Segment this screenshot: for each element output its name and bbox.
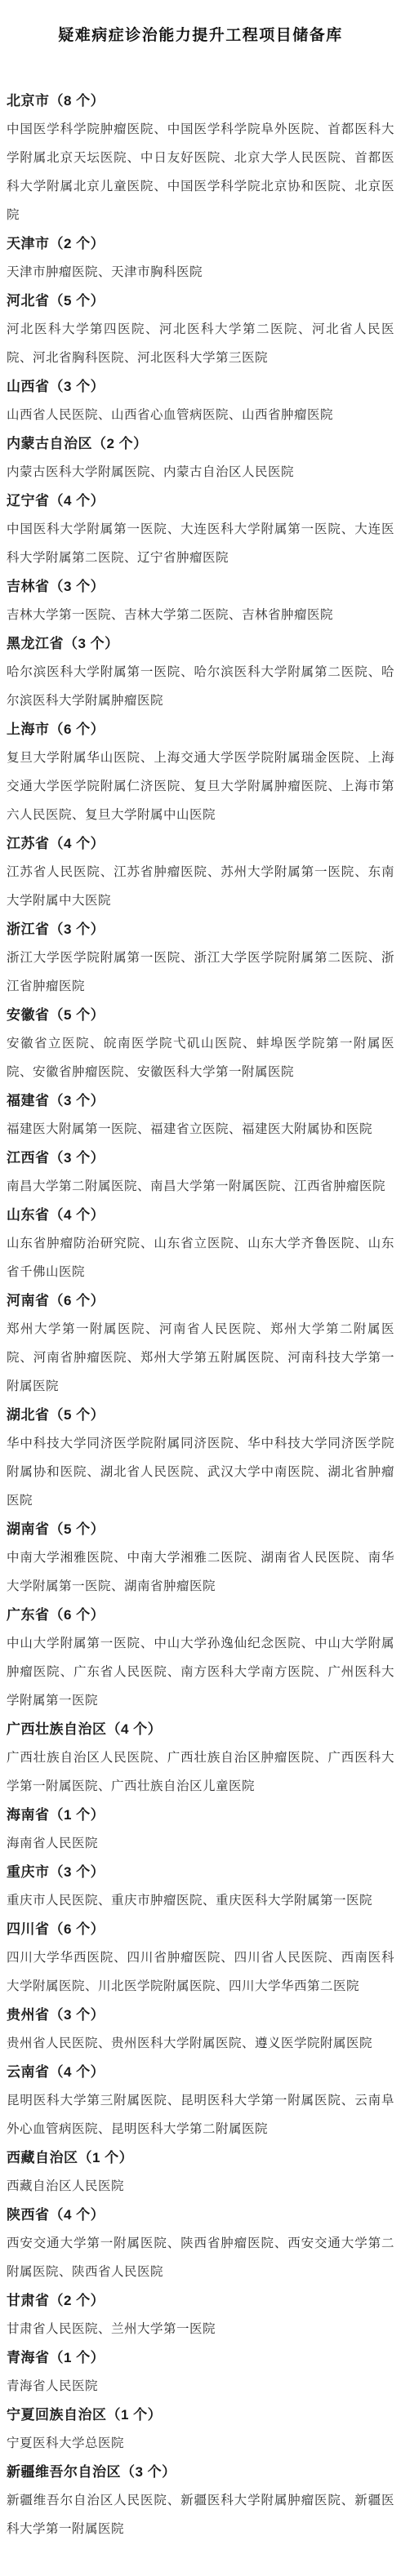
hospital-list: 华中科技大学同济医学院附属同济医院、华中科技大学同济医学院附属协和医院、湖北省人…: [7, 1429, 394, 1515]
hospital-list: 浙江大学医学院附属第一医院、浙江大学医学院附属第二医院、浙江省肿瘤医院: [7, 944, 394, 1001]
province-section: 宁夏回族自治区（1 个）宁夏医科大学总医院: [7, 2401, 394, 2458]
province-heading: 浙江省（3 个）: [7, 915, 394, 944]
hospital-list: 重庆市人民医院、重庆市肿瘤医院、重庆医科大学附属第一医院: [7, 1886, 394, 1915]
province-heading: 辽宁省（4 个）: [7, 486, 394, 515]
province-heading: 贵州省（3 个）: [7, 2001, 394, 2029]
hospital-list: 甘肃省人民医院、兰州大学第一医院: [7, 2315, 394, 2343]
province-section: 云南省（4 个）昆明医科大学第三附属医院、昆明医科大学第一附属医院、云南阜外心血…: [7, 2058, 394, 2143]
province-heading: 福建省（3 个）: [7, 1086, 394, 1115]
province-section: 江苏省（4 个）江苏省人民医院、江苏省肿瘤医院、苏州大学附属第一医院、东南大学附…: [7, 829, 394, 915]
province-heading: 广东省（6 个）: [7, 1601, 394, 1629]
province-section: 天津市（2 个）天津市肿瘤医院、天津市胸科医院: [7, 229, 394, 286]
hospital-list: 山东省肿瘤防治研究院、山东省立医院、山东大学齐鲁医院、山东省千佛山医院: [7, 1229, 394, 1286]
province-heading: 江西省（3 个）: [7, 1144, 394, 1172]
province-section: 黑龙江省（3 个）哈尔滨医科大学附属第一医院、哈尔滨医科大学附属第二医院、哈尔滨…: [7, 629, 394, 715]
province-heading: 北京市（8 个）: [7, 87, 394, 115]
hospital-list: 海南省人民医院: [7, 1829, 394, 1858]
document-page: 疑难病症诊治能力提升工程项目储备库 北京市（8 个）中国医学科学院肿瘤医院、中国…: [0, 0, 401, 2576]
hospital-list: 新疆维吾尔自治区人民医院、新疆医科大学附属肿瘤医院、新疆医科大学第一附属医院: [7, 2486, 394, 2543]
province-heading: 河南省（6 个）: [7, 1286, 394, 1315]
hospital-list: 安徽省立医院、皖南医学院弋矶山医院、蚌埠医学院第一附属医院、安徽省肿瘤医院、安徽…: [7, 1029, 394, 1086]
province-section: 西藏自治区（1 个）西藏自治区人民医院: [7, 2143, 394, 2201]
province-section: 新疆维吾尔自治区（3 个）新疆维吾尔自治区人民医院、新疆医科大学附属肿瘤医院、新…: [7, 2458, 394, 2543]
province-heading: 新疆维吾尔自治区（3 个）: [7, 2458, 394, 2486]
province-section: 浙江省（3 个）浙江大学医学院附属第一医院、浙江大学医学院附属第二医院、浙江省肿…: [7, 915, 394, 1001]
province-section: 山西省（3 个）山西省人民医院、山西省心血管病医院、山西省肿瘤医院: [7, 372, 394, 429]
hospital-list: 广西壮族自治区人民医院、广西壮族自治区肿瘤医院、广西医科大学第一附属医院、广西壮…: [7, 1743, 394, 1801]
province-section: 湖南省（5 个）中南大学湘雅医院、中南大学湘雅二医院、湖南省人民医院、南华大学附…: [7, 1515, 394, 1601]
province-heading: 重庆市（3 个）: [7, 1858, 394, 1886]
province-section: 河北省（5 个）河北医科大学第四医院、河北医科大学第二医院、河北省人民医院、河北…: [7, 286, 394, 372]
hospital-list: 中南大学湘雅医院、中南大学湘雅二医院、湖南省人民医院、南华大学附属第一医院、湖南…: [7, 1543, 394, 1601]
province-section: 海南省（1 个）海南省人民医院: [7, 1801, 394, 1858]
province-section: 青海省（1 个）青海省人民医院: [7, 2343, 394, 2401]
province-heading: 山西省（3 个）: [7, 372, 394, 401]
province-heading: 云南省（4 个）: [7, 2058, 394, 2086]
province-section: 河南省（6 个）郑州大学第一附属医院、河南省人民医院、郑州大学第二附属医院、河南…: [7, 1286, 394, 1401]
hospital-list: 天津市肿瘤医院、天津市胸科医院: [7, 258, 394, 286]
province-heading: 吉林省（3 个）: [7, 572, 394, 601]
province-heading: 天津市（2 个）: [7, 229, 394, 258]
province-section: 湖北省（5 个）华中科技大学同济医学院附属同济医院、华中科技大学同济医学院附属协…: [7, 1401, 394, 1515]
province-heading: 湖北省（5 个）: [7, 1401, 394, 1429]
hospital-list: 中国医科大学附属第一医院、大连医科大学附属第一医院、大连医科大学附属第二医院、辽…: [7, 515, 394, 572]
hospital-list: 中山大学附属第一医院、中山大学孙逸仙纪念医院、中山大学附属肿瘤医院、广东省人民医…: [7, 1629, 394, 1715]
province-heading: 青海省（1 个）: [7, 2343, 394, 2372]
province-heading: 河北省（5 个）: [7, 286, 394, 315]
province-section: 贵州省（3 个）贵州省人民医院、贵州医科大学附属医院、遵义医学院附属医院: [7, 2001, 394, 2058]
hospital-list: 贵州省人民医院、贵州医科大学附属医院、遵义医学院附属医院: [7, 2029, 394, 2058]
province-heading: 四川省（6 个）: [7, 1915, 394, 1943]
province-heading: 广西壮族自治区（4 个）: [7, 1715, 394, 1743]
province-heading: 上海市（6 个）: [7, 715, 394, 744]
province-heading: 安徽省（5 个）: [7, 1001, 394, 1029]
hospital-list: 南昌大学第二附属医院、南昌大学第一附属医院、江西省肿瘤医院: [7, 1172, 394, 1201]
province-section: 上海市（6 个）复旦大学附属华山医院、上海交通大学医学院附属瑞金医院、上海交通大…: [7, 715, 394, 829]
province-section: 吉林省（3 个）吉林大学第一医院、吉林大学第二医院、吉林省肿瘤医院: [7, 572, 394, 629]
hospital-list: 西安交通大学第一附属医院、陕西省肿瘤医院、西安交通大学第二附属医院、陕西省人民医…: [7, 2229, 394, 2286]
hospital-list: 河北医科大学第四医院、河北医科大学第二医院、河北省人民医院、河北省胸科医院、河北…: [7, 315, 394, 372]
province-section: 山东省（4 个）山东省肿瘤防治研究院、山东省立医院、山东大学齐鲁医院、山东省千佛…: [7, 1201, 394, 1286]
hospital-list: 四川大学华西医院、四川省肿瘤医院、四川省人民医院、西南医科大学附属医院、川北医学…: [7, 1943, 394, 2001]
hospital-list: 吉林大学第一医院、吉林大学第二医院、吉林省肿瘤医院: [7, 601, 394, 629]
province-section: 广东省（6 个）中山大学附属第一医院、中山大学孙逸仙纪念医院、中山大学附属肿瘤医…: [7, 1601, 394, 1715]
page-title: 疑难病症诊治能力提升工程项目储备库: [7, 26, 394, 46]
province-heading: 西藏自治区（1 个）: [7, 2143, 394, 2172]
province-section: 陕西省（4 个）西安交通大学第一附属医院、陕西省肿瘤医院、西安交通大学第二附属医…: [7, 2201, 394, 2286]
province-heading: 内蒙古自治区（2 个）: [7, 429, 394, 458]
hospital-list: 福建医大附属第一医院、福建省立医院、福建医大附属协和医院: [7, 1115, 394, 1144]
province-heading: 甘肃省（2 个）: [7, 2286, 394, 2315]
hospital-list: 复旦大学附属华山医院、上海交通大学医学院附属瑞金医院、上海交通大学医学院附属仁济…: [7, 744, 394, 829]
province-section: 安徽省（5 个）安徽省立医院、皖南医学院弋矶山医院、蚌埠医学院第一附属医院、安徽…: [7, 1001, 394, 1086]
province-section: 福建省（3 个）福建医大附属第一医院、福建省立医院、福建医大附属协和医院: [7, 1086, 394, 1144]
province-heading: 山东省（4 个）: [7, 1201, 394, 1229]
hospital-list: 宁夏医科大学总医院: [7, 2429, 394, 2458]
province-heading: 江苏省（4 个）: [7, 829, 394, 858]
hospital-list: 内蒙古医科大学附属医院、内蒙古自治区人民医院: [7, 458, 394, 486]
hospital-list: 青海省人民医院: [7, 2372, 394, 2401]
province-heading: 宁夏回族自治区（1 个）: [7, 2401, 394, 2429]
province-sections: 北京市（8 个）中国医学科学院肿瘤医院、中国医学科学院阜外医院、首都医科大学附属…: [7, 87, 394, 2543]
province-section: 甘肃省（2 个）甘肃省人民医院、兰州大学第一医院: [7, 2286, 394, 2343]
province-section: 北京市（8 个）中国医学科学院肿瘤医院、中国医学科学院阜外医院、首都医科大学附属…: [7, 87, 394, 229]
province-section: 四川省（6 个）四川大学华西医院、四川省肿瘤医院、四川省人民医院、西南医科大学附…: [7, 1915, 394, 2001]
hospital-list: 江苏省人民医院、江苏省肿瘤医院、苏州大学附属第一医院、东南大学附属中大医院: [7, 858, 394, 915]
hospital-list: 郑州大学第一附属医院、河南省人民医院、郑州大学第二附属医院、河南省肿瘤医院、郑州…: [7, 1315, 394, 1401]
province-heading: 陕西省（4 个）: [7, 2201, 394, 2229]
province-heading: 湖南省（5 个）: [7, 1515, 394, 1543]
hospital-list: 哈尔滨医科大学附属第一医院、哈尔滨医科大学附属第二医院、哈尔滨医科大学附属肿瘤医…: [7, 658, 394, 715]
province-section: 辽宁省（4 个）中国医科大学附属第一医院、大连医科大学附属第一医院、大连医科大学…: [7, 486, 394, 572]
hospital-list: 中国医学科学院肿瘤医院、中国医学科学院阜外医院、首都医科大学附属北京天坛医院、中…: [7, 115, 394, 229]
province-heading: 海南省（1 个）: [7, 1801, 394, 1829]
hospital-list: 昆明医科大学第三附属医院、昆明医科大学第一附属医院、云南阜外心血管病医院、昆明医…: [7, 2086, 394, 2143]
province-section: 江西省（3 个）南昌大学第二附属医院、南昌大学第一附属医院、江西省肿瘤医院: [7, 1144, 394, 1201]
province-heading: 黑龙江省（3 个）: [7, 629, 394, 658]
province-section: 内蒙古自治区（2 个）内蒙古医科大学附属医院、内蒙古自治区人民医院: [7, 429, 394, 486]
hospital-list: 西藏自治区人民医院: [7, 2172, 394, 2201]
hospital-list: 山西省人民医院、山西省心血管病医院、山西省肿瘤医院: [7, 401, 394, 429]
province-section: 广西壮族自治区（4 个）广西壮族自治区人民医院、广西壮族自治区肿瘤医院、广西医科…: [7, 1715, 394, 1801]
province-section: 重庆市（3 个）重庆市人民医院、重庆市肿瘤医院、重庆医科大学附属第一医院: [7, 1858, 394, 1915]
